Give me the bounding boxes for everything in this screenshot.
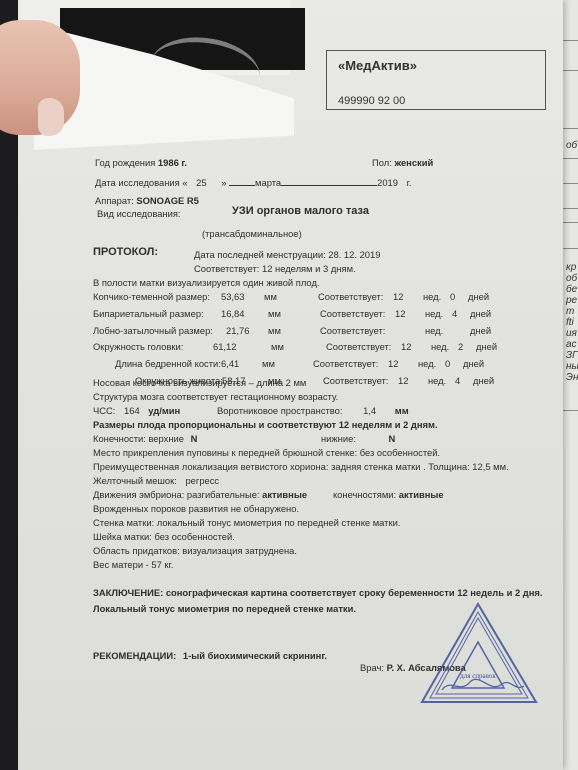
hr-unit: уд/мин xyxy=(148,405,180,416)
corresponds-label: Соответствует: xyxy=(320,308,385,319)
text-fragment: ЗГ xyxy=(566,350,578,361)
weeks-label: нед. xyxy=(431,341,449,352)
uterine-wall: Стенка матки: локальный тонус миометрия … xyxy=(93,517,400,528)
measurement-value: 16,84 xyxy=(221,308,244,319)
days-label: дней xyxy=(463,358,484,369)
measurement-name: Окружность головки: xyxy=(93,341,183,352)
measurement-value: 61,12 xyxy=(213,341,236,352)
text-fragment: ны xyxy=(566,361,578,372)
birth-year-value: 1986 г. xyxy=(158,157,187,168)
days-label: дней xyxy=(473,375,494,386)
days-label: дней xyxy=(470,308,491,319)
measurement-name: Копчико-теменной размер: xyxy=(93,291,210,302)
exam-date-label: Дата исследования « xyxy=(95,177,188,188)
exam-year: 2019 xyxy=(377,177,398,188)
triangle-stamp-icon: для справок xyxy=(420,598,540,708)
limb-movement: конечностями: активные xyxy=(333,489,444,500)
nt-label: Воротниковое пространство: xyxy=(217,405,343,416)
conclusion-text: сонографическая картина соответствует ср… xyxy=(166,587,543,598)
conclusion-label: ЗАКЛЮЧЕНИЕ: xyxy=(93,587,163,598)
measurement-name: Лобно-затылочный размер: xyxy=(93,325,213,336)
sex: Пол: женский xyxy=(372,157,433,168)
yolk-sac: Желточный мешок: регресс xyxy=(93,475,219,486)
blank-line xyxy=(229,176,255,186)
limbs-lower: нижние: N xyxy=(321,433,395,444)
measurement-unit: мм xyxy=(271,341,284,352)
hr-label: ЧСС: xyxy=(93,405,115,416)
text-fragment: бе xyxy=(566,284,577,295)
measurement-unit: мм xyxy=(264,291,277,302)
corresponds-label: Соответствует: xyxy=(323,375,388,386)
recommendations-label: РЕКОМЕНДАЦИИ: xyxy=(93,650,176,661)
exam-type-value: УЗИ органов малого таза xyxy=(232,205,369,217)
sex-label: Пол: xyxy=(372,157,392,168)
embryo-movement: Движения эмбриона: разгибательные: актив… xyxy=(93,489,307,500)
blank-line xyxy=(281,176,377,186)
cord-insertion: Место прикрепления пуповины к передней б… xyxy=(93,447,440,458)
exam-type-label: Вид исследования: xyxy=(97,208,181,219)
gestational-weeks: 12 xyxy=(395,308,405,319)
exam-day: 25 xyxy=(196,177,206,188)
weeks-label: нед. xyxy=(428,375,446,386)
live-fetus: В полости матки визуализируется один жив… xyxy=(93,277,320,288)
measurement-unit: мм xyxy=(268,308,281,319)
text-fragment: об xyxy=(566,140,577,151)
text-fragment: Эн xyxy=(566,372,578,383)
movement-label: Движения эмбриона: разгибательные: xyxy=(93,489,260,500)
proportional-summary: Размеры плода пропорциональны и соответс… xyxy=(93,419,438,430)
nuchal-translucency: Воротниковое пространство: 1,4 мм xyxy=(217,405,409,416)
exam-date-sep: » xyxy=(221,177,226,188)
gestational-days: 0 xyxy=(450,291,455,302)
protocol-title: ПРОТОКОЛ: xyxy=(93,246,158,258)
yolk-value: регресс xyxy=(185,475,219,486)
sex-value: женский xyxy=(394,157,433,168)
text-fragment: ре xyxy=(566,295,577,306)
measurement-unit: мм xyxy=(268,325,281,336)
measurement-name: Длина бедренной кости: xyxy=(115,358,221,369)
measurement-value: 53,63 xyxy=(221,291,244,302)
device-label: Аппарат: xyxy=(95,195,134,206)
gestational-weeks: 12 xyxy=(401,341,411,352)
measurement-unit: мм xyxy=(262,358,275,369)
corresponds-label: Соответствует: xyxy=(318,291,383,302)
cervix: Шейка матки: без особенностей. xyxy=(93,531,235,542)
exam-subtype: (трансабдоминальное) xyxy=(202,228,302,239)
device-value: SONOAGE R5 xyxy=(136,195,199,206)
fingernail xyxy=(38,98,64,136)
nasal-bone: Носовая косточка визуализируется – длина… xyxy=(93,377,306,388)
corresponds-label: Соответствует: xyxy=(326,341,391,352)
weeks-label: нед. xyxy=(425,325,443,336)
clinic-name: «МедАктив» xyxy=(338,58,417,73)
gestational-weeks: 12 xyxy=(388,358,398,369)
weeks-label: нед. xyxy=(423,291,441,302)
nt-unit: мм xyxy=(395,405,409,416)
text-fragment: об xyxy=(566,273,577,284)
corresponds-label: Соответствует: xyxy=(320,325,385,336)
brain-structure: Структура мозга соответствует гестационн… xyxy=(93,391,338,402)
gestational-days: 0 xyxy=(445,358,450,369)
text-fragment: ас xyxy=(566,339,577,350)
svg-text:для справок: для справок xyxy=(460,672,496,680)
birth-year: Год рождения 1986 г. xyxy=(95,157,187,168)
gestational-days: 4 xyxy=(455,375,460,386)
device: Аппарат: SONOAGE R5 xyxy=(95,195,199,206)
weeks-label: нед. xyxy=(425,308,443,319)
conclusion-line-2: Локальный тонус миометрия по передней ст… xyxy=(93,603,356,614)
limbs-lower-label: нижние: xyxy=(321,433,356,444)
exam-year-suffix: г. xyxy=(407,177,412,188)
days-label: дней xyxy=(476,341,497,352)
gestational-days: 4 xyxy=(452,308,457,319)
text-fragment: fti xyxy=(566,317,574,328)
adnexa: Область придатков: визуализация затрудне… xyxy=(93,545,297,556)
text-fragment: ия xyxy=(566,328,577,339)
days-label: дней xyxy=(470,325,491,336)
exam-month: марта xyxy=(255,177,281,188)
text-fragment: кр xyxy=(566,262,576,273)
recommendations-text: 1-ый биохимический скрининг. xyxy=(183,650,327,661)
limbs-upper: N xyxy=(191,433,198,444)
birth-year-label: Год рождения xyxy=(95,157,155,168)
movement-value: активные xyxy=(262,489,307,500)
recommendations: РЕКОМЕНДАЦИИ: 1-ый биохимический скринин… xyxy=(93,650,327,661)
finger xyxy=(0,20,80,135)
weeks-label: нед. xyxy=(418,358,436,369)
corresponds-label: Соответствует: xyxy=(313,358,378,369)
conclusion: ЗАКЛЮЧЕНИЕ: сонографическая картина соот… xyxy=(93,587,543,598)
measurement-value: 21,76 xyxy=(226,325,249,336)
text-fragment: т xyxy=(566,306,574,317)
malformations: Врожденных пороков развития не обнаружен… xyxy=(93,503,299,514)
limbs-label: Конечности: верхние xyxy=(93,433,184,444)
yolk-label: Желточный мешок: xyxy=(93,475,177,486)
chorion: Преимущественная локализация ветвистого … xyxy=(93,461,509,472)
limbs-lower-value: N xyxy=(389,433,396,444)
days-label: дней xyxy=(468,291,489,302)
gestational-days: 2 xyxy=(458,341,463,352)
lmp-corresponds: Соответствует: 12 неделям и 3 дням. xyxy=(194,263,356,274)
doctor-label: Врач: xyxy=(360,662,384,673)
maternal-weight: Вес матери - 57 кг. xyxy=(93,559,173,570)
limb-movement-label: конечностями: xyxy=(333,489,396,500)
gestational-weeks: 12 xyxy=(398,375,408,386)
gestational-weeks: 12 xyxy=(393,291,403,302)
hr-value: 164 xyxy=(124,405,140,416)
exam-date: Дата исследования « 25 » марта2019 г. xyxy=(95,176,411,188)
measurement-name: Бипариетальный размер: xyxy=(93,308,204,319)
clinic-phone: 499990 92 00 xyxy=(338,95,405,107)
limbs: Конечности: верхние N xyxy=(93,433,197,444)
heart-rate: ЧСС: 164 уд/мин xyxy=(93,405,180,416)
limb-movement-value: активные xyxy=(399,489,444,500)
nt-value: 1,4 xyxy=(363,405,376,416)
lmp-date: Дата последней менструации: 28. 12. 2019 xyxy=(194,249,380,260)
measurement-value: 6,41 xyxy=(221,358,239,369)
